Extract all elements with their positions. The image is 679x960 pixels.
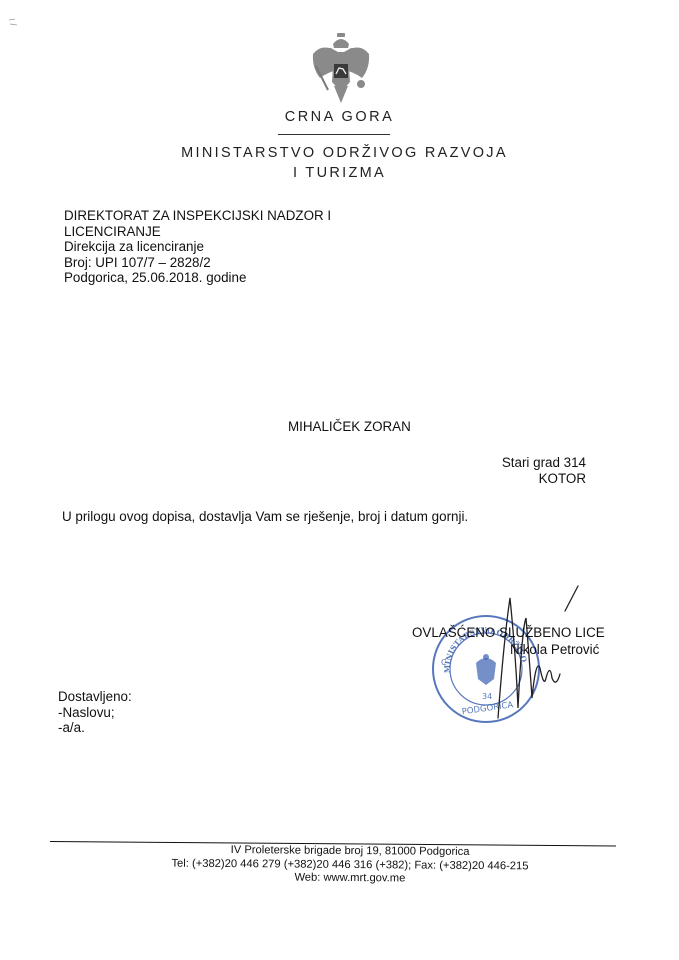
ministry-name-line1: MINISTARSTVO ODRŽIVOG RAZVOJA [0, 145, 679, 161]
sender-block: DIREKTORAT ZA INSPEKCIJSKI NADZOR I LICE… [64, 208, 331, 286]
signatory-name: Nikola Petrović [510, 642, 599, 657]
signatory-title: OVLAŠĆENO SLUŽBENO LICE [412, 625, 605, 640]
recipient-name: MIHALIČEK ZORAN [288, 419, 411, 434]
delivery-heading: Dostavljeno: [58, 689, 132, 705]
directorate-line2: LICENCIRANJE [64, 224, 331, 240]
reference-number: Broj: UPI 107/7 – 2828/2 [64, 255, 331, 271]
letter-body: U prilogu ovog dopisa, dostavlja Vam se … [62, 509, 468, 524]
scan-mark [8, 18, 18, 26]
stamp-side-text: C [441, 658, 447, 667]
delivery-item: -Naslovu; [58, 705, 132, 721]
directorate-line1: DIREKTORAT ZA INSPEKCIJSKI NADZOR I [64, 208, 331, 224]
montenegro-coat-of-arms-icon [308, 32, 374, 104]
delivery-item: -a/a. [58, 720, 132, 736]
delivery-list: Dostavljeno: -Naslovu; -a/a. [58, 689, 132, 736]
recipient-street: Stari grad 314 [502, 455, 586, 471]
recipient-city: KOTOR [502, 471, 586, 487]
recipient-address: Stari grad 314 KOTOR [502, 455, 586, 487]
letterhead-divider [278, 134, 390, 135]
directorate-sub: Direkcija za licenciranje [64, 239, 331, 255]
ministry-name-line2: I TURIZMA [0, 165, 679, 181]
footer: IV Proleterske brigade broj 19, 81000 Po… [140, 843, 560, 887]
country-name: CRNA GORA [0, 109, 679, 125]
place-date: Podgorica, 25.06.2018. godine [64, 270, 331, 286]
